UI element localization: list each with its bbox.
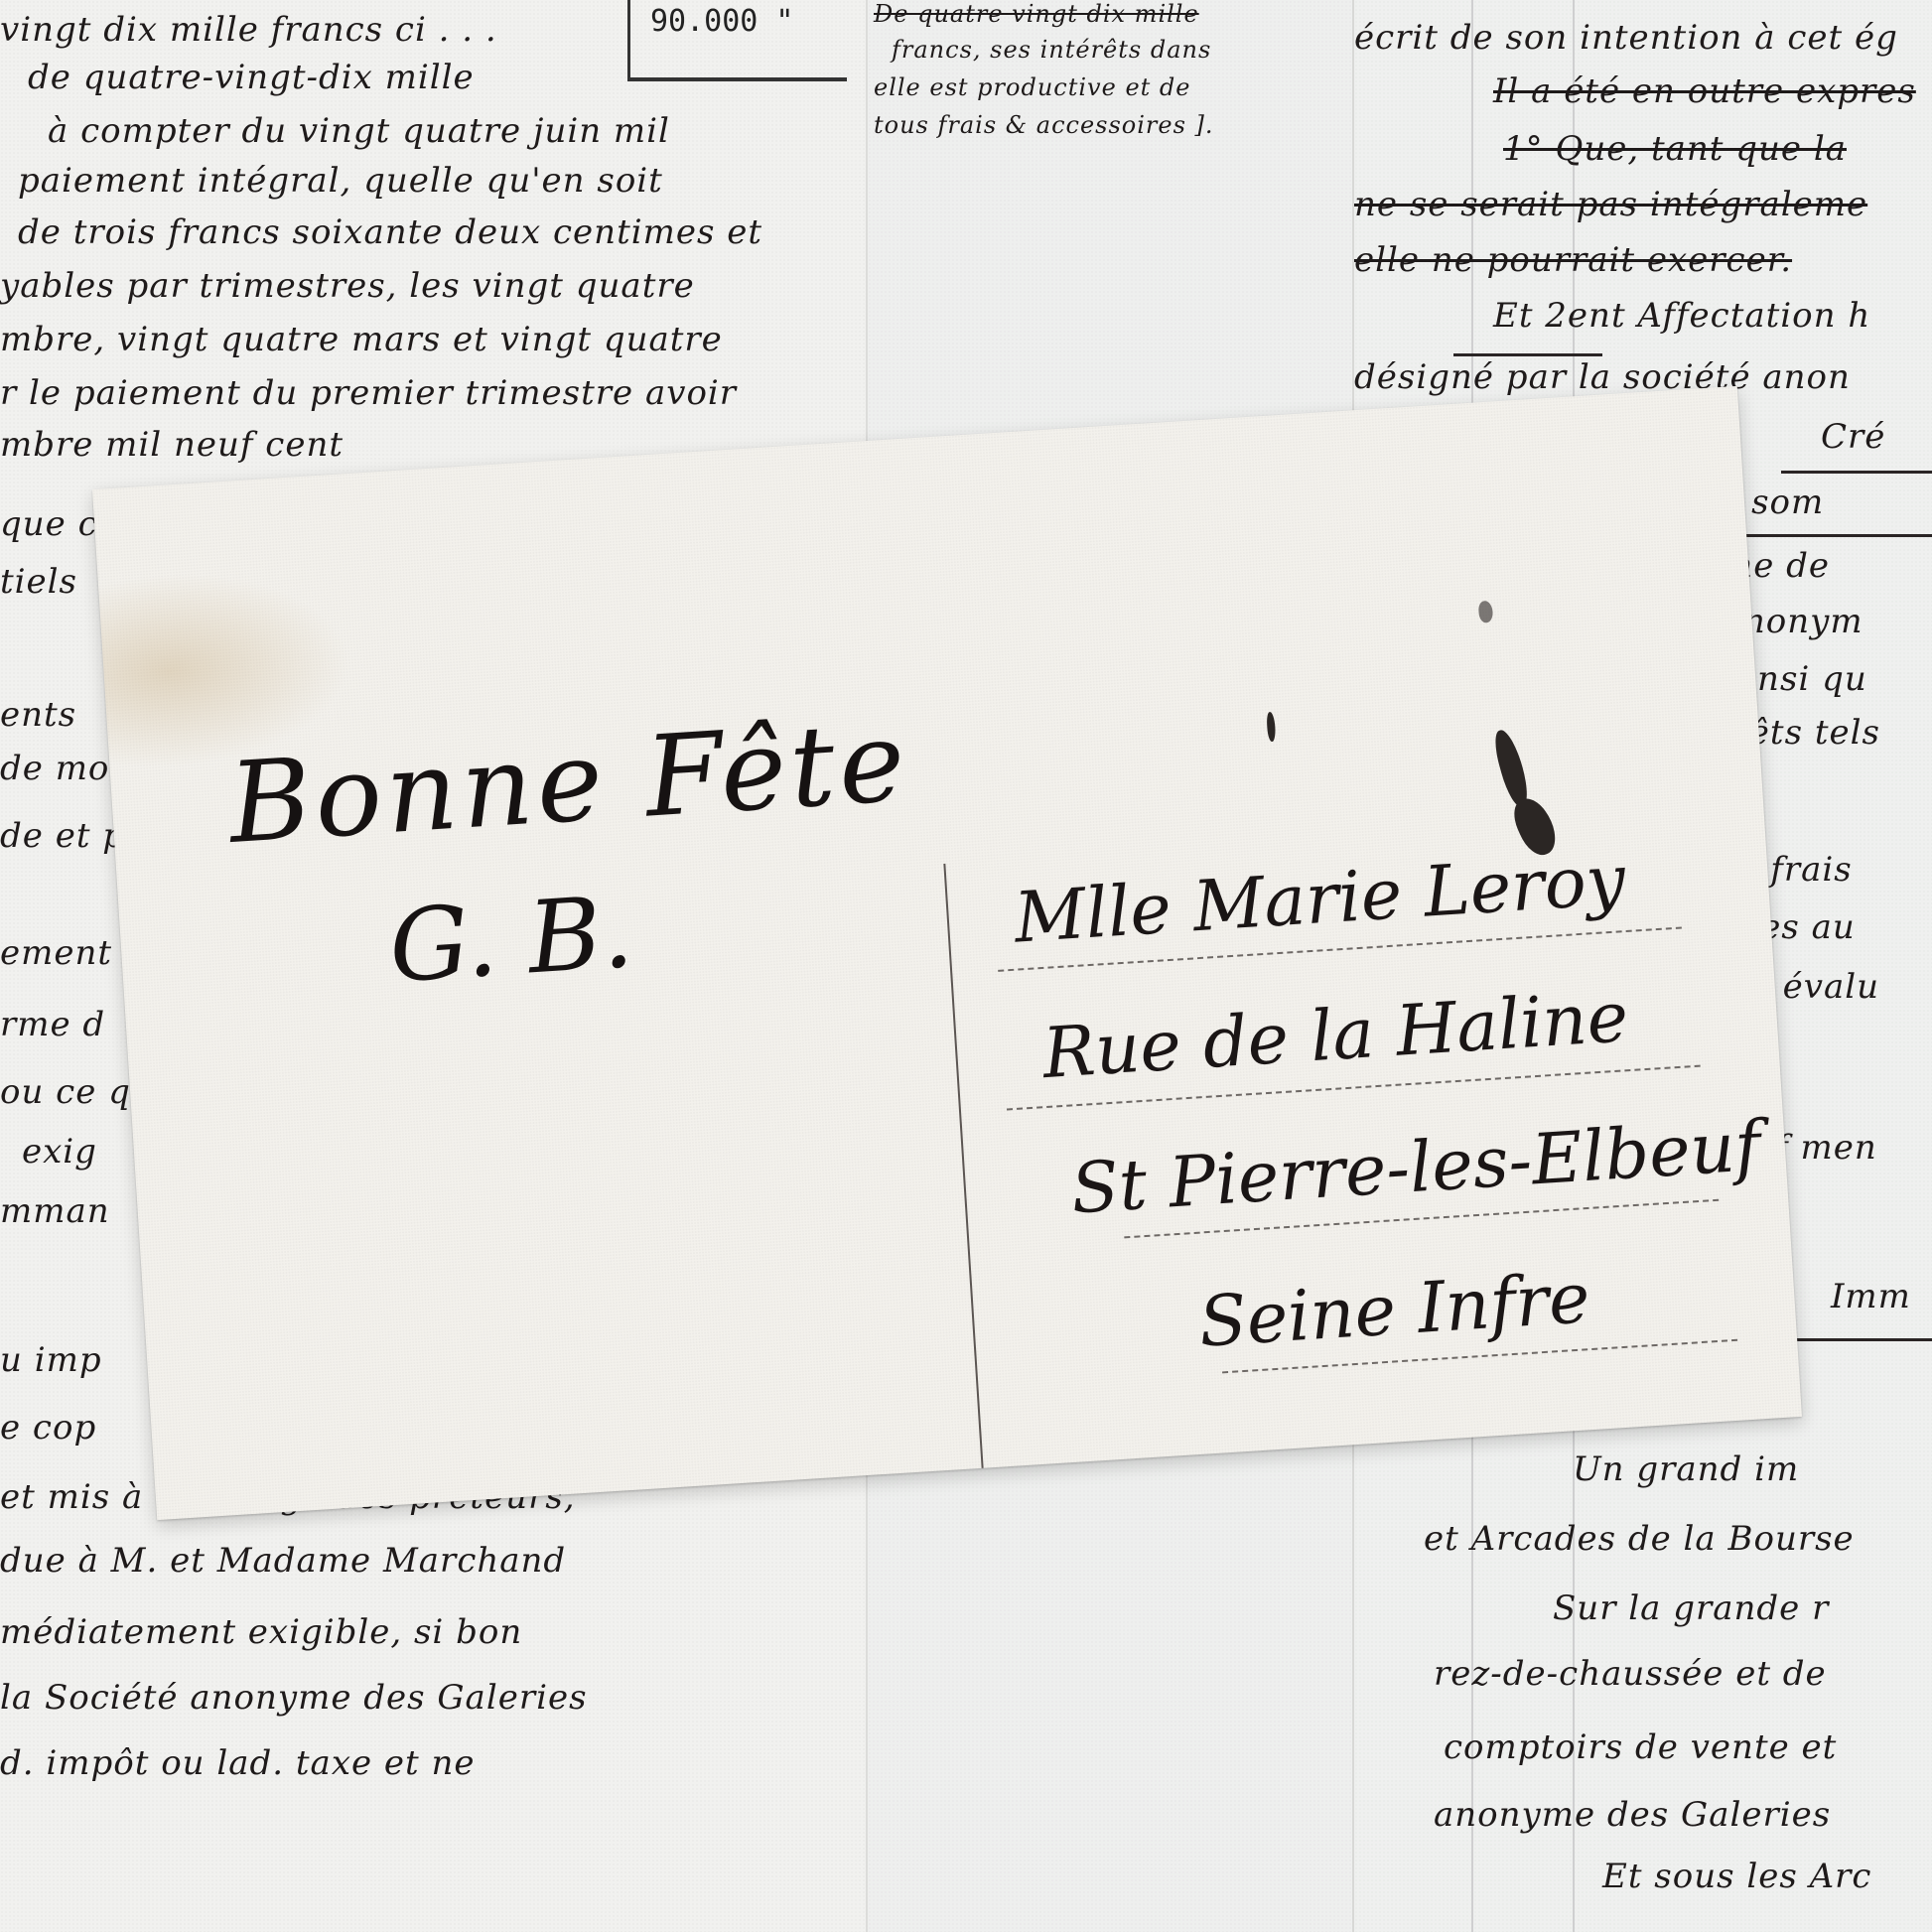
doc-line: elle est productive et de <box>874 73 1190 101</box>
address-name: Marie Leroy <box>1190 839 1627 947</box>
doc-line: ement <box>0 933 112 973</box>
ink-stain <box>1490 727 1533 809</box>
doc-line: rez-de-chaussée et de <box>1434 1654 1827 1694</box>
doc-line: Imm <box>1831 1277 1911 1316</box>
doc-line: u imp <box>0 1340 102 1380</box>
doc-line: r le paiement du premier trimestre avoir <box>0 373 737 413</box>
doc-line: vingt dix mille francs ci . . . <box>0 10 497 50</box>
doc-line: ents <box>0 695 76 735</box>
doc-line: elle ne pourrait exercer. <box>1354 240 1792 280</box>
doc-line: la Société anonyme des Galeries <box>0 1678 588 1718</box>
postcard-signature: G. B. <box>386 874 636 1005</box>
amount-value: 90.000 " <box>650 4 794 39</box>
doc-line: De quatre vingt dix mille <box>874 0 1199 28</box>
doc-line: Et 2ent Affectation h <box>1493 296 1870 336</box>
doc-line: de et p <box>0 816 125 856</box>
amount-box: 90.000 " <box>627 0 847 81</box>
doc-line: désigné par la société anon <box>1354 357 1851 397</box>
doc-line: anonyme des Galeries <box>1434 1795 1831 1835</box>
ink-stain <box>1478 601 1493 623</box>
doc-line: tiels <box>0 562 77 602</box>
postcard-divider <box>943 864 983 1468</box>
doc-line: 1° Que, tant que la <box>1503 129 1847 169</box>
doc-line: paiement intégral, quelle qu'en soit <box>18 161 663 201</box>
doc-line: Cré <box>1821 417 1885 457</box>
address-title: Mlle <box>1012 868 1173 959</box>
doc-line: francs, ses intérêts dans <box>892 36 1211 64</box>
ink-stain <box>1266 712 1276 742</box>
doc-line: et Arcades de la Bourse <box>1424 1519 1855 1559</box>
doc-line: ou ce q <box>0 1072 131 1112</box>
doc-line: ne se serait pas intégraleme <box>1354 185 1867 224</box>
doc-line: e cop <box>0 1408 96 1448</box>
doc-line: d. impôt ou lad. taxe et ne <box>0 1743 476 1783</box>
address-region: Seine Infre <box>1196 1257 1591 1363</box>
doc-line: mman <box>0 1191 110 1231</box>
postcard: Bonne Fête G. B. Mlle Marie Leroy Rue de… <box>92 386 1802 1520</box>
doc-line: écrit de son intention à cet ég <box>1354 18 1898 58</box>
doc-line: médiatement exigible, si bon <box>0 1612 522 1652</box>
doc-line: Il a été en outre expres <box>1493 71 1916 111</box>
underline-rule <box>1781 471 1932 474</box>
doc-line: Un grand im <box>1573 1449 1799 1489</box>
address-town: St Pierre-les-Elbeuf <box>1069 1105 1763 1230</box>
underline-rule <box>1791 1338 1932 1341</box>
doc-line: de trois francs soixante deux centimes e… <box>18 212 762 252</box>
doc-line: à compter du vingt quatre juin mil <box>48 111 670 151</box>
doc-line: Et sous les Arc <box>1602 1857 1871 1896</box>
doc-line: exig <box>22 1132 97 1172</box>
doc-line: rme d <box>0 1005 105 1044</box>
postcard-greeting: Bonne Fête <box>225 697 912 869</box>
doc-line: due à M. et Madame Marchand <box>0 1541 566 1581</box>
underline-rule <box>1453 353 1602 356</box>
doc-line: de quatre-vingt-dix mille <box>28 58 475 97</box>
doc-line: Sur la grande r <box>1553 1588 1829 1628</box>
doc-line: comptoirs de vente et <box>1444 1727 1837 1767</box>
doc-line: mbre, vingt quatre mars et vingt quatre <box>0 320 723 359</box>
doc-line: mbre mil neuf cent <box>0 425 344 465</box>
doc-line: tous frais & accessoires ]. <box>874 111 1214 139</box>
doc-line: yables par trimestres, les vingt quatre <box>0 266 695 306</box>
address-recipient: Mlle Marie Leroy <box>1012 839 1627 959</box>
